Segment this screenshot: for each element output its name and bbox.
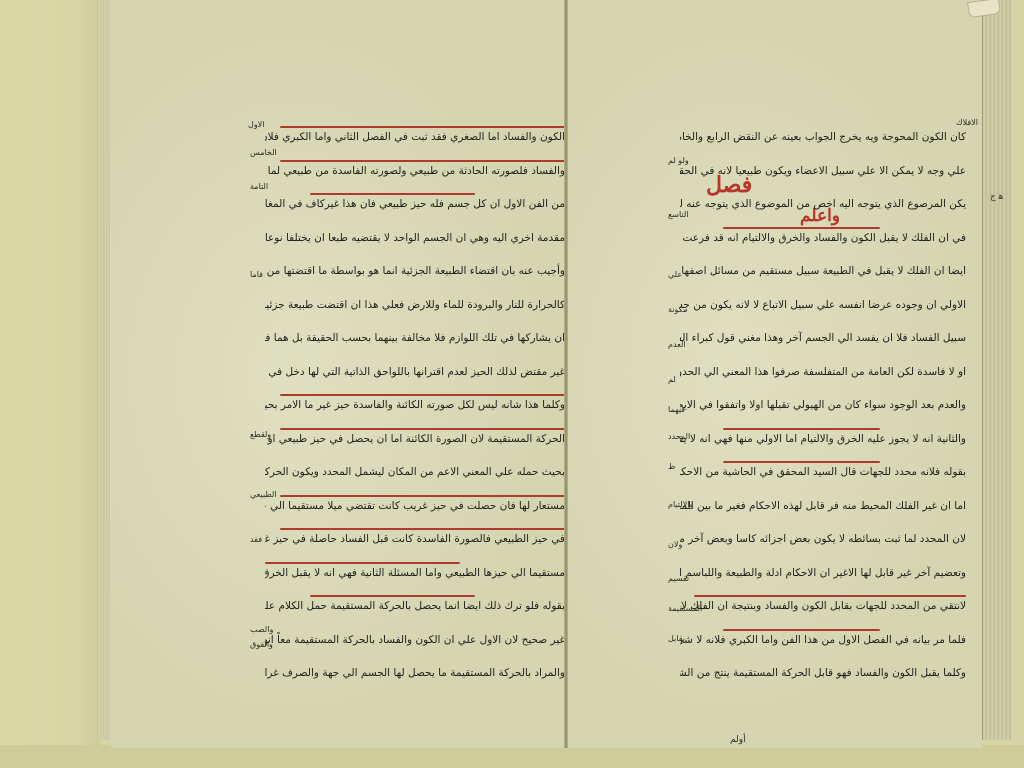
right-page-edges — [982, 0, 1011, 740]
text-line: والفساد فلصورته الحادثة من طبيعي ولصورته… — [265, 158, 565, 192]
left-page: الكون والفساد اما الصغري فقد ثبت في الفص… — [110, 0, 566, 748]
margin-note: والالتيام — [668, 500, 693, 509]
margin-note: فيهما — [668, 405, 685, 414]
text-line: ايضا ان الفلك لا يقبل في الطبيعة سبيل مس… — [680, 258, 966, 292]
margin-note: بقابل — [668, 634, 685, 643]
text-line: علي وجه لا يمكن الا علي سبيل الاعضاء ويك… — [680, 158, 966, 192]
right-page-text-block: كان الكون المحوجة ويه يخرج الجواب بعينه … — [680, 124, 966, 694]
text-line: والثانية انه لا يجوز عليه الخرق والالتيا… — [680, 426, 966, 460]
folio-number: ﻫ ج — [990, 192, 1003, 202]
margin-note: التاسع — [668, 210, 688, 219]
margin-note: الاول — [248, 120, 264, 129]
text-line: مستعار لها فان حصلت في حيز غريب كانت تقت… — [265, 493, 565, 527]
text-line: وأجيب عنه بان اقتضاء الطبيعة الجزئية انم… — [265, 258, 565, 292]
text-line: من الفن الاول ان كل جسم فله حيز طبيعي فا… — [265, 191, 565, 225]
background-surface — [0, 0, 100, 768]
margin-note: ولو لم — [668, 156, 689, 165]
margin-note: ولقطع — [250, 430, 271, 439]
margin-note: العدم — [668, 340, 686, 349]
text-line: الحركة المستقيمة لان الصورة الكائنة اما … — [265, 426, 565, 460]
text-line: وكلما هذا شانه ليس لكل صورته الكائنة وال… — [265, 392, 565, 426]
margin-note: ولان — [668, 540, 682, 549]
text-line: وكلما يقبل الكون والفساد فهو قابل الحركة… — [680, 660, 966, 694]
text-line: غير صحيح لان الاول علي ان الكون والفساد … — [265, 627, 565, 661]
text-line: وتعضيم آخر غير قابل لها الاغير ان الاحكا… — [680, 560, 966, 594]
text-line: الكون والفساد اما الصغري فقد ثبت في الفص… — [265, 124, 565, 158]
margin-note: الافلاك — [956, 118, 978, 127]
text-line: غير مقتض لذلك الحيز لعدم اقترانها باللوا… — [265, 359, 565, 393]
text-line: بقوله فلانه محدد للجهات قال السيد المحقق… — [680, 459, 966, 493]
text-line: اما ان غير الفلك المحيط منه فر قابل لهذه… — [680, 493, 966, 527]
text-line: والمراد بالحركة المستقيمة ما يحصل لها ال… — [265, 660, 565, 694]
margin-note: فاما — [250, 270, 263, 279]
text-line: فلما مر بيانه في الفصل الاول من هذا الفن… — [680, 627, 966, 661]
open-manuscript: الكون والفساد اما الصغري فقد ثبت في الفص… — [98, 0, 1010, 752]
text-line: لان المحدد لما ثبت بسائطه لا يكون بعض اج… — [680, 526, 966, 560]
text-line: مستقيما الي حيزها الطبيعي واما المسئلة ا… — [265, 560, 565, 594]
text-line: الاولي ان وجوده عرضا انفسه علي سبيل الات… — [680, 292, 966, 326]
text-line: ان يشاركها في تلك اللوازم فلا مخالفة بين… — [265, 325, 565, 359]
right-page: فصل واعلم كان الكون المحوجة ويه يخرج الج… — [568, 0, 982, 748]
text-line: كالحرارة للنار والبرودة للماء وللارض فعل… — [265, 292, 565, 326]
margin-note: والصب — [250, 625, 273, 634]
margin-note: فقد — [250, 535, 262, 544]
text-line: كان الكون المحوجة ويه يخرج الجواب بعينه … — [680, 124, 966, 158]
catchword: أولم — [730, 735, 746, 745]
text-line: في ان الفلك لا يقبل الكون والفساد والخرق… — [680, 225, 966, 259]
text-line: في حيز الطبيعي فالصورة الفاسدة كانت قبل … — [265, 526, 565, 560]
margin-note: المستقيمة — [668, 604, 702, 613]
margin-note: مكونة — [668, 305, 687, 314]
text-line: سبيل الفساد فلا ان يفسد الي الجسم آخر وه… — [680, 325, 966, 359]
left-page-text-block: الكون والفساد اما الصغري فقد ثبت في الفص… — [265, 124, 565, 694]
text-line: بحيث حمله علي المعني الاعم من المكان ليش… — [265, 459, 565, 493]
text-line: بقوله فلو ترك ذلك ايضا انما يحصل بالحركة… — [265, 593, 565, 627]
text-line: او لا فاسدة لكن العامة من المتفلسفة صرفو… — [680, 359, 966, 393]
margin-note: لم — [668, 375, 676, 384]
text-line: مقدمة اخري اليه وهي ان الجسم الواحد لا ي… — [265, 225, 565, 259]
text-line: والعدم بعد الوجود سواء كان من الهيولي تق… — [680, 392, 966, 426]
margin-note: علي — [668, 270, 682, 279]
text-line: يكن المرصوع الذي يتوجه اليه اخص من الموض… — [680, 191, 966, 225]
margin-note: الطبيعي — [250, 490, 277, 499]
margin-note: المحدد — [668, 432, 690, 441]
text-line: لانتقي من المحدد للجهات بقابل الكون والف… — [680, 593, 966, 627]
margin-note: الخامس — [250, 148, 277, 157]
margin-note: والقوق — [250, 640, 273, 649]
margin-note: تقسيم — [668, 574, 689, 583]
margin-note: التامة — [250, 182, 268, 191]
margin-note: ط — [668, 462, 675, 471]
